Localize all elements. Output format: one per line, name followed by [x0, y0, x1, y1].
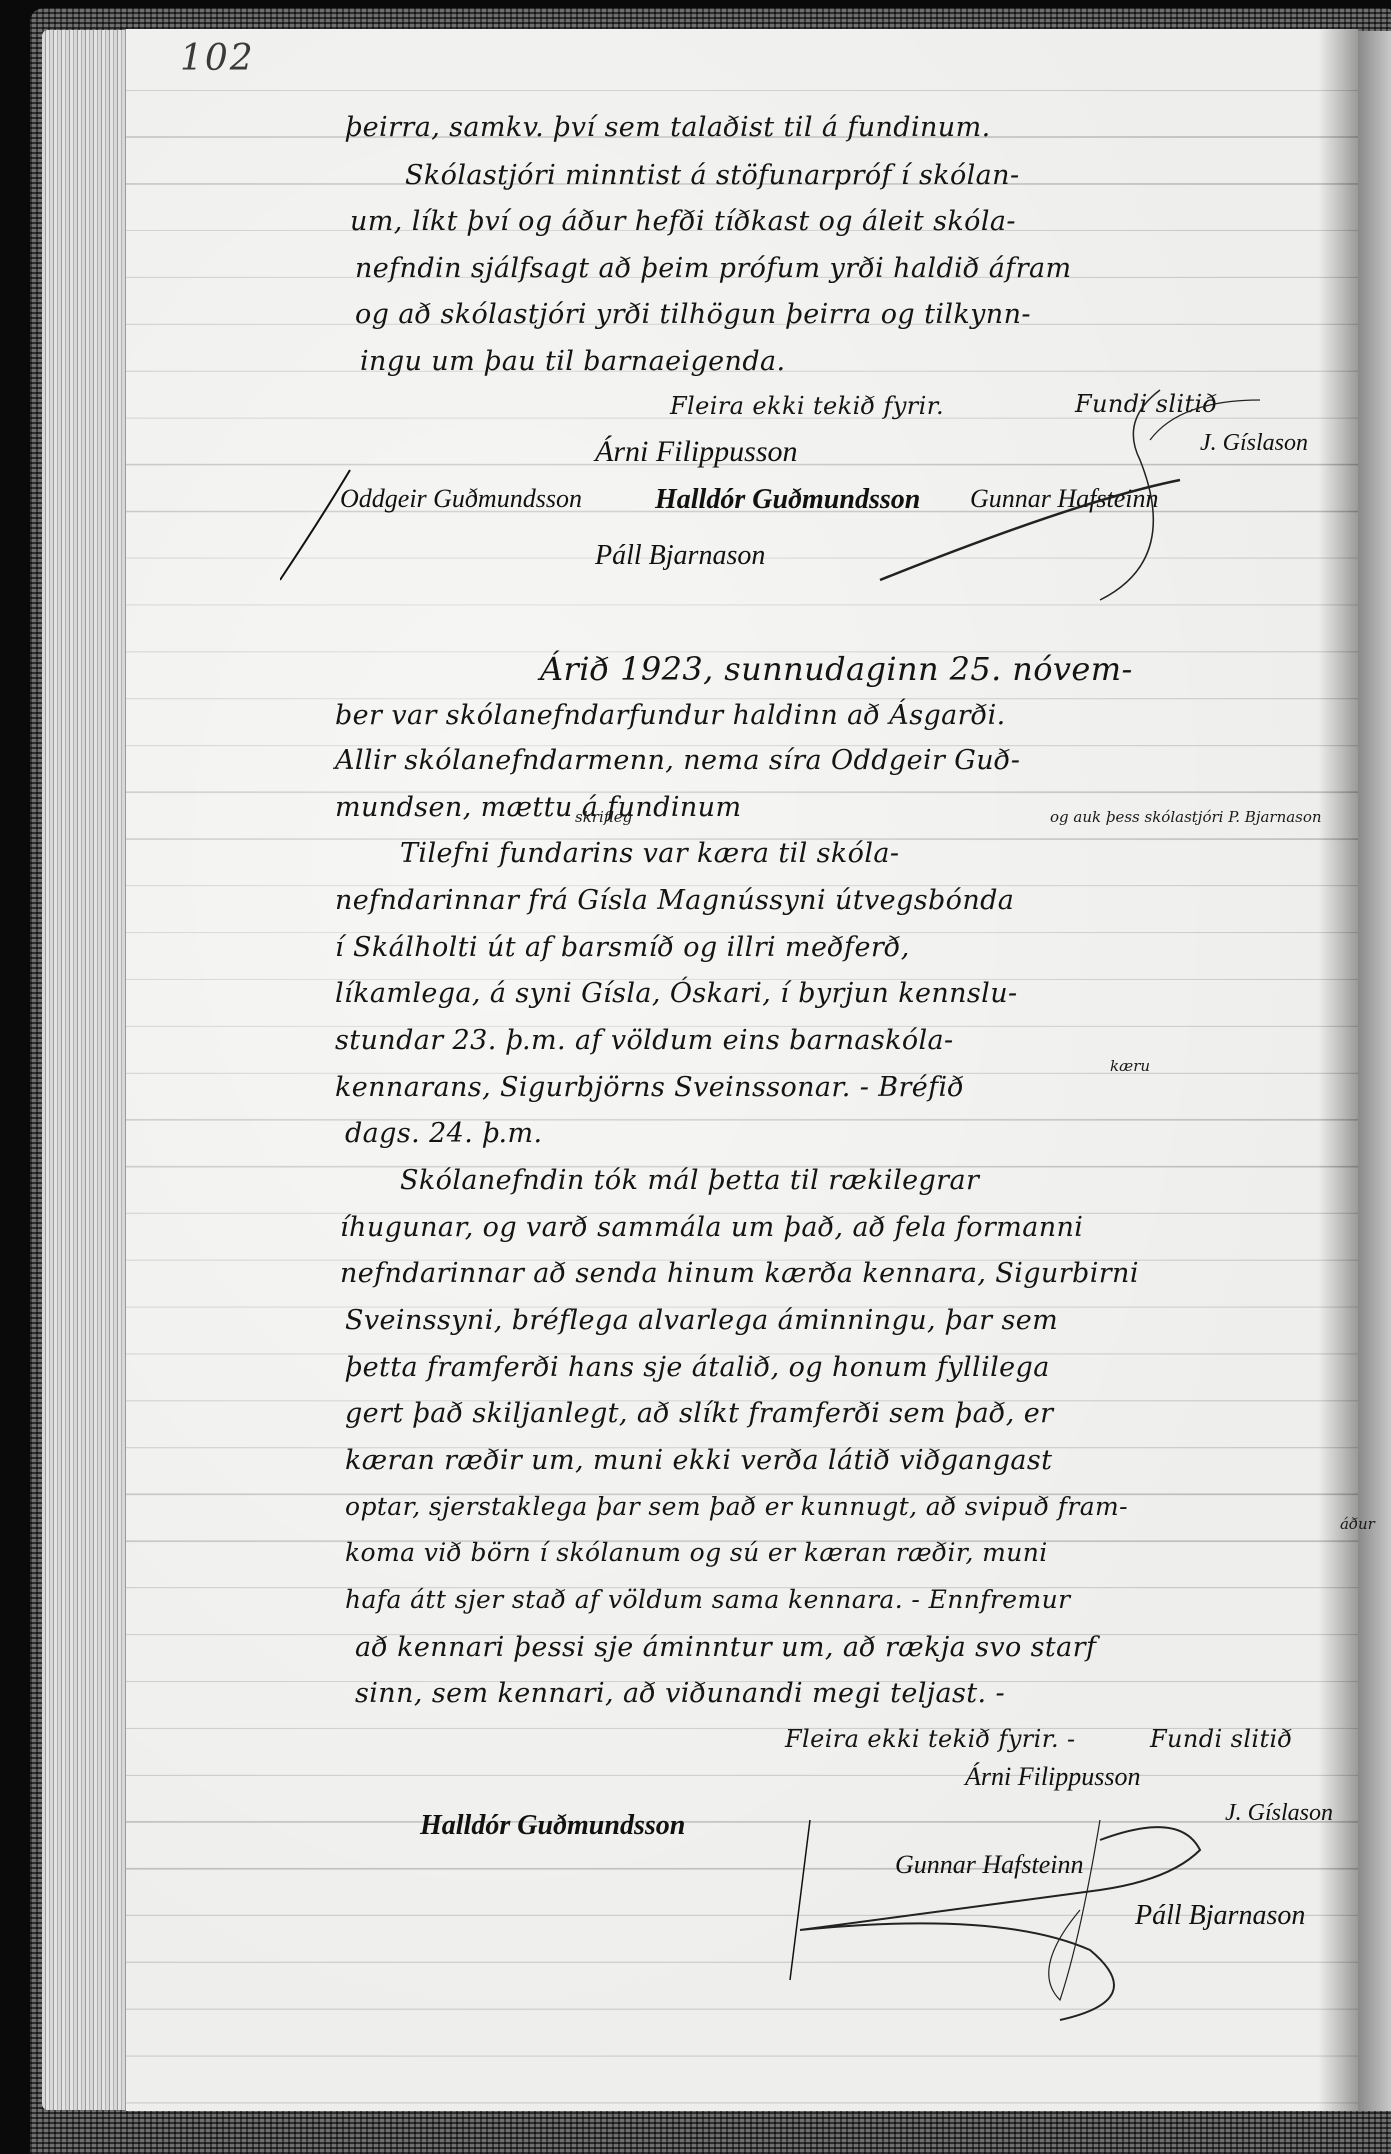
text-line: gert það skiljanlegt, að slíkt framferði… [345, 1398, 1053, 1429]
closing-note: Fundi slitið [1075, 390, 1217, 418]
text-line: íhugunar, og varð sammála um það, að fel… [340, 1212, 1083, 1243]
signature: Árni Filippusson [595, 435, 798, 469]
text-line: Skólastjóri minntist á stöfunarpróf í sk… [405, 160, 1019, 191]
inline-insertion: skrifleg [575, 808, 632, 826]
text-line: Allir skólanefndarmenn, nema síra Oddgei… [335, 745, 1020, 776]
text-line: um, líkt því og áður hefði tíðkast og ál… [350, 206, 1016, 237]
text-line: hafa átt sjer stað af völdum sama kennar… [345, 1585, 1070, 1614]
signature: J. Gíslason [1200, 430, 1308, 457]
signature: Halldór Guðmundsson [420, 1810, 685, 1842]
text-line: koma við börn í skólanum og sú er kæran … [345, 1538, 1048, 1567]
inline-insertion: og auk þess skólastjóri P. Bjarnason [1050, 808, 1322, 826]
text-line: stundar 23. þ.m. af völdum eins barnaskó… [335, 1025, 954, 1056]
page-edges-stack [42, 30, 126, 2110]
text-line: nefndarinnar að senda hinum kærða kennar… [340, 1258, 1139, 1289]
facing-page-edge [1358, 31, 1391, 2111]
text-line: þeirra, samkv. því sem talaðist til á fu… [345, 112, 991, 143]
text-line: dags. 24. þ.m. [345, 1118, 543, 1149]
signature: Árni Filippusson [965, 1762, 1141, 1792]
text-line: nefndin sjálfsagt að þeim prófum yrði ha… [355, 253, 1072, 284]
signature: Gunnar Hafsteinn [970, 484, 1159, 514]
signature: Oddgeir Guðmundsson [340, 484, 582, 514]
gutter-shadow [1318, 29, 1358, 2111]
signature: Halldór Guðmundsson [655, 484, 920, 516]
text-line: Sveinssyni, bréflega alvarlega áminningu… [345, 1305, 1058, 1336]
text-line: ber var skólanefndarfundur haldinn að Ás… [335, 700, 1006, 731]
text-line: nefndarinnar frá Gísla Magnússyni útvegs… [335, 885, 1014, 916]
closing-note: Fleira ekki tekið fyrir. [670, 392, 944, 420]
inline-insertion: kæru [1110, 1057, 1150, 1075]
text-line: optar, sjerstaklega þar sem það er kunnu… [345, 1492, 1128, 1521]
signature: Gunnar Hafsteinn [895, 1850, 1084, 1880]
text-line: kennarans, Sigurbjörns Sveinssonar. - Br… [335, 1072, 964, 1103]
text-line: Skólanefndin tók mál þetta til rækilegra… [400, 1165, 979, 1196]
signature: Páll Bjarnason [595, 540, 765, 572]
text-line: og að skólastjóri yrði tilhögun þeirra o… [355, 299, 1031, 330]
text-line: mundsen, mættu á fundinum [335, 792, 741, 823]
text-line: ingu um þau til barnaeigenda. [360, 346, 786, 377]
text-line: þetta framferði hans sje átalið, og honu… [345, 1352, 1050, 1383]
closing-note: Fleira ekki tekið fyrir. - [785, 1725, 1076, 1753]
signature: J. Gíslason [1225, 1800, 1333, 1827]
text-line: Árið 1923, sunnudaginn 25. nóvem- [540, 650, 1133, 688]
ledger-page [126, 29, 1358, 2111]
text-line: kæran ræðir um, muni ekki verða látið vi… [345, 1445, 1052, 1476]
signature: Páll Bjarnason [1135, 1900, 1305, 1932]
text-line: Tilefni fundarins var kæra til skóla- [400, 838, 899, 869]
text-line: líkamlega, á syni Gísla, Óskari, í byrju… [335, 978, 1018, 1009]
text-line: að kennari þessi sje áminntur um, að ræk… [355, 1632, 1096, 1663]
inline-insertion: áður [1340, 1515, 1375, 1533]
page-number: 102 [180, 38, 255, 79]
closing-note: Fundi slitið [1150, 1725, 1292, 1753]
text-line: sinn, sem kennari, að viðunandi megi tel… [355, 1678, 1005, 1709]
text-line: í Skálholti út af barsmíð og illri meðfe… [335, 932, 910, 963]
